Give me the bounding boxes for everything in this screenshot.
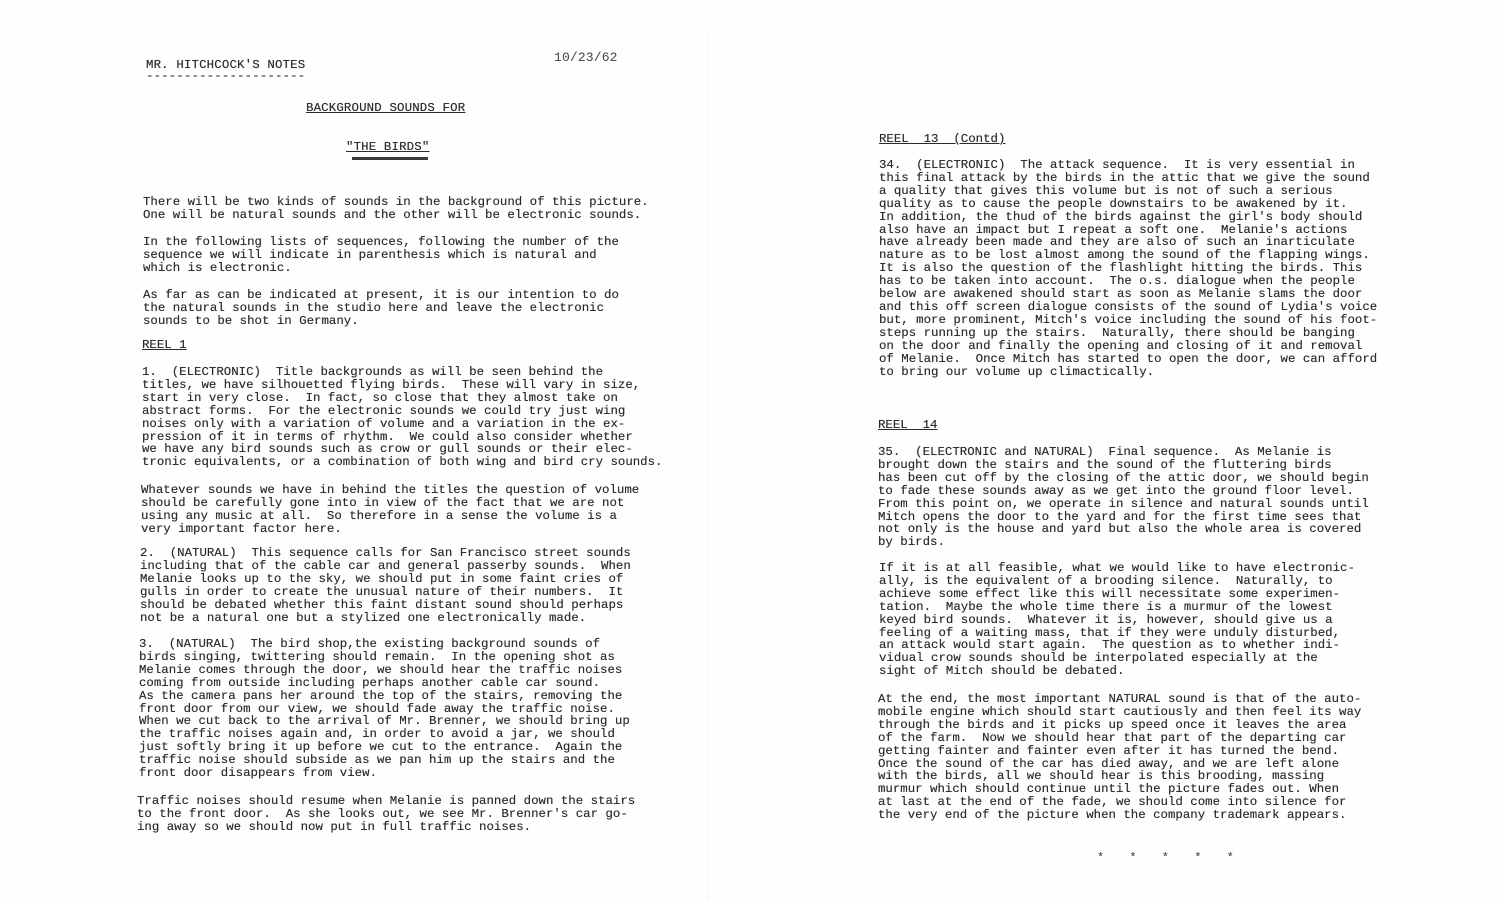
end-asterisks: * * * * * xyxy=(1097,851,1243,865)
sequence-paragraph: 34. (ELECTRONIC) The attack sequence. It… xyxy=(879,159,1377,378)
notes-date: 10/23/62 xyxy=(554,52,618,65)
reel-1-heading: REEL 1 xyxy=(142,339,187,352)
sequence-paragraph: 2. (NATURAL) This sequence calls for San… xyxy=(140,547,631,624)
intro-paragraph: There will be two kinds of sounds in the… xyxy=(143,196,649,222)
intro-paragraph: In the following lists of sequences, fol… xyxy=(143,236,619,275)
sequence-paragraph: Whatever sounds we have in behind the ti… xyxy=(141,484,639,536)
reel-13-heading: REEL 13 (Contd) xyxy=(879,133,1005,146)
document-title-line-2: "THE BIRDS" xyxy=(346,141,429,154)
sequence-paragraph: 3. (NATURAL) The bird shop,the existing … xyxy=(139,638,630,780)
title-double-underline xyxy=(352,157,428,160)
page-divider xyxy=(708,30,709,900)
sequence-paragraph: If it is at all feasible, what we would … xyxy=(879,562,1355,678)
intro-paragraph: As far as can be indicated at present, i… xyxy=(143,289,619,328)
document-page-left: MR. HITCHCOCK'S NOTES ------------------… xyxy=(0,0,708,900)
sequence-paragraph: 1. (ELECTRONIC) Title backgrounds as wil… xyxy=(142,366,663,469)
document-title-line-1: BACKGROUND SOUNDS FOR xyxy=(306,102,465,115)
sequence-paragraph: 35. (ELECTRONIC and NATURAL) Final seque… xyxy=(878,446,1369,549)
sequence-paragraph: At the end, the most important NATURAL s… xyxy=(878,693,1361,822)
notes-header-underline: --------------------- xyxy=(146,70,305,83)
sequence-paragraph: Traffic noises should resume when Melani… xyxy=(137,795,635,834)
reel-14-heading: REEL 14 xyxy=(878,419,938,432)
